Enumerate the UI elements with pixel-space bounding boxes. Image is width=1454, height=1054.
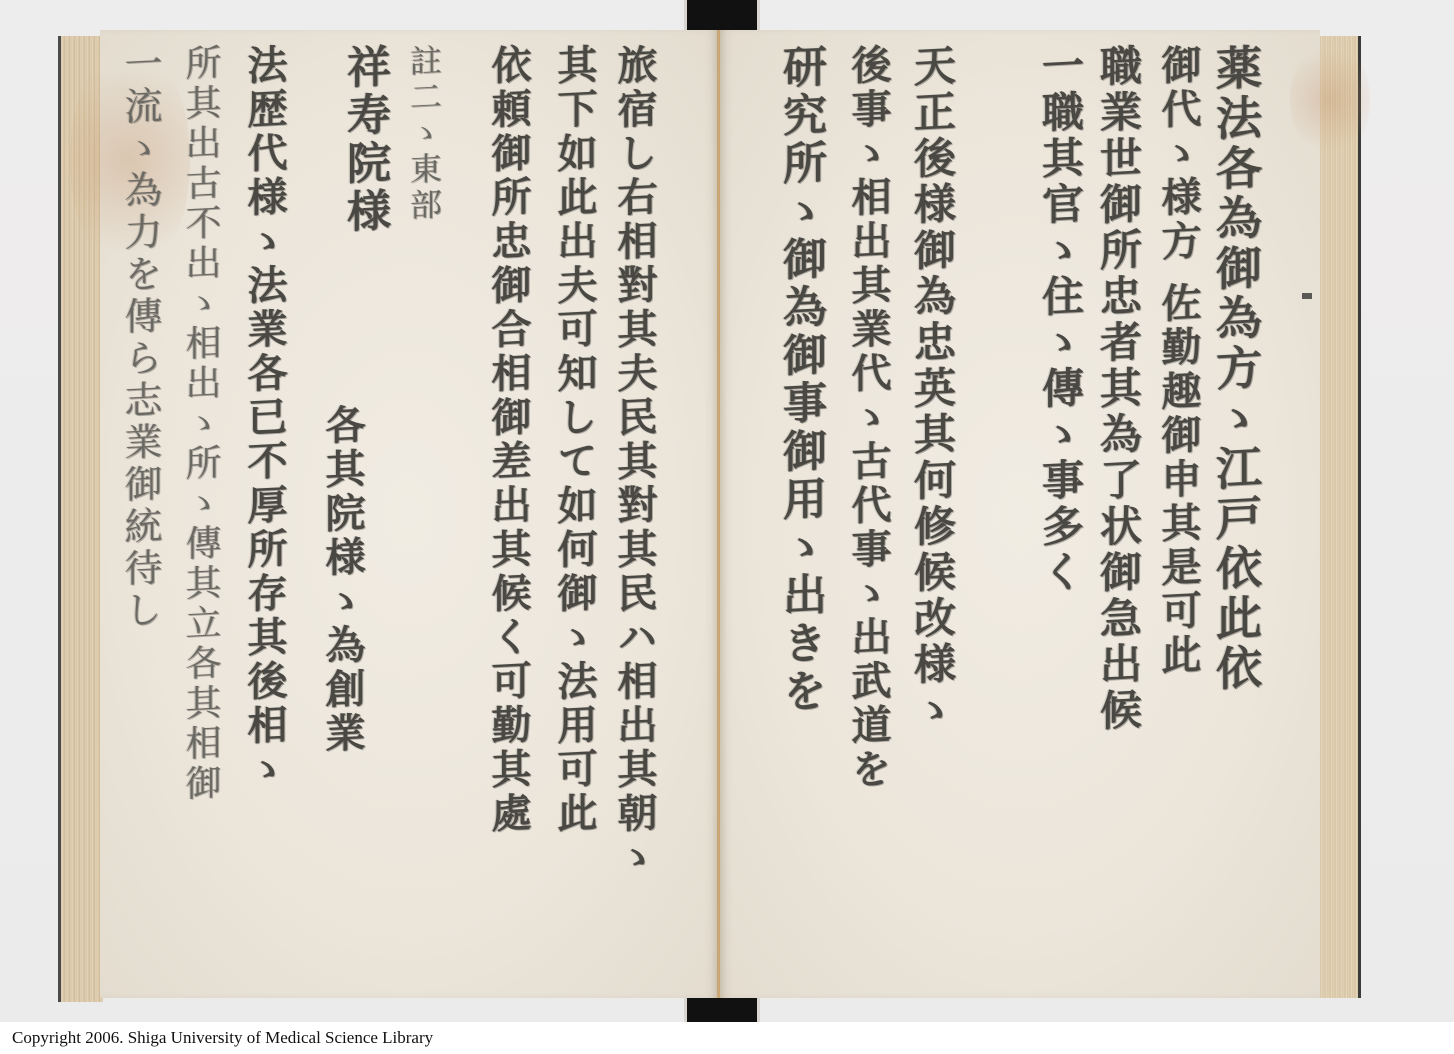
text-column: 註二ゝ東部 [408, 43, 440, 225]
text-column: 旅宿し右相對其夫民其對其民ハ相出其朝ゝ [614, 43, 654, 881]
text-column: 祥寿院様 [342, 43, 386, 237]
text-column: 依頼御所忠御合相御差出其候く可勤其處 [488, 43, 528, 837]
copyright-caption: Copyright 2006. Shiga University of Medi… [12, 1028, 433, 1048]
text-column: 御代ゝ様方 佐勤趣御申其是可此 [1158, 43, 1198, 679]
ink-mark [1302, 293, 1312, 299]
text-column: 職業世御所忠者其為了状御急出候 [1097, 43, 1139, 735]
text-column: 薬法各為御為方ゝ江戸依此依 [1213, 43, 1259, 695]
text-column: 所其出古不出ゝ相出ゝ所ゝ傳其立各其相御 [182, 43, 218, 805]
text-column: 後事ゝ相出其業代ゝ古代事ゝ出武道を [848, 43, 888, 793]
text-column: 各其院様ゝ為創業 [322, 403, 362, 757]
page-edge-right [1318, 36, 1361, 998]
text-column: 研究所ゝ御為御事御用ゝ出きを [778, 43, 822, 717]
text-column: 天正後様御為忠英其何修候改様ゝ [911, 43, 953, 735]
bookmark-ribbon-bottom [684, 998, 760, 1022]
text-column: 一流ゝ為力を傳ら志業御統待し [121, 43, 159, 633]
text-column: 一職其官ゝ住ゝ傳ゝ事多く [1039, 43, 1081, 597]
text-column: 法歴代様ゝ法業各已不厚所存其後相ゝ [244, 43, 284, 793]
water-stain [1290, 40, 1370, 160]
text-column: 其下如此出夫可知して如何御ゝ法用可此 [554, 43, 594, 837]
bookmark-ribbon-top [684, 0, 760, 32]
book-gutter [717, 30, 720, 998]
